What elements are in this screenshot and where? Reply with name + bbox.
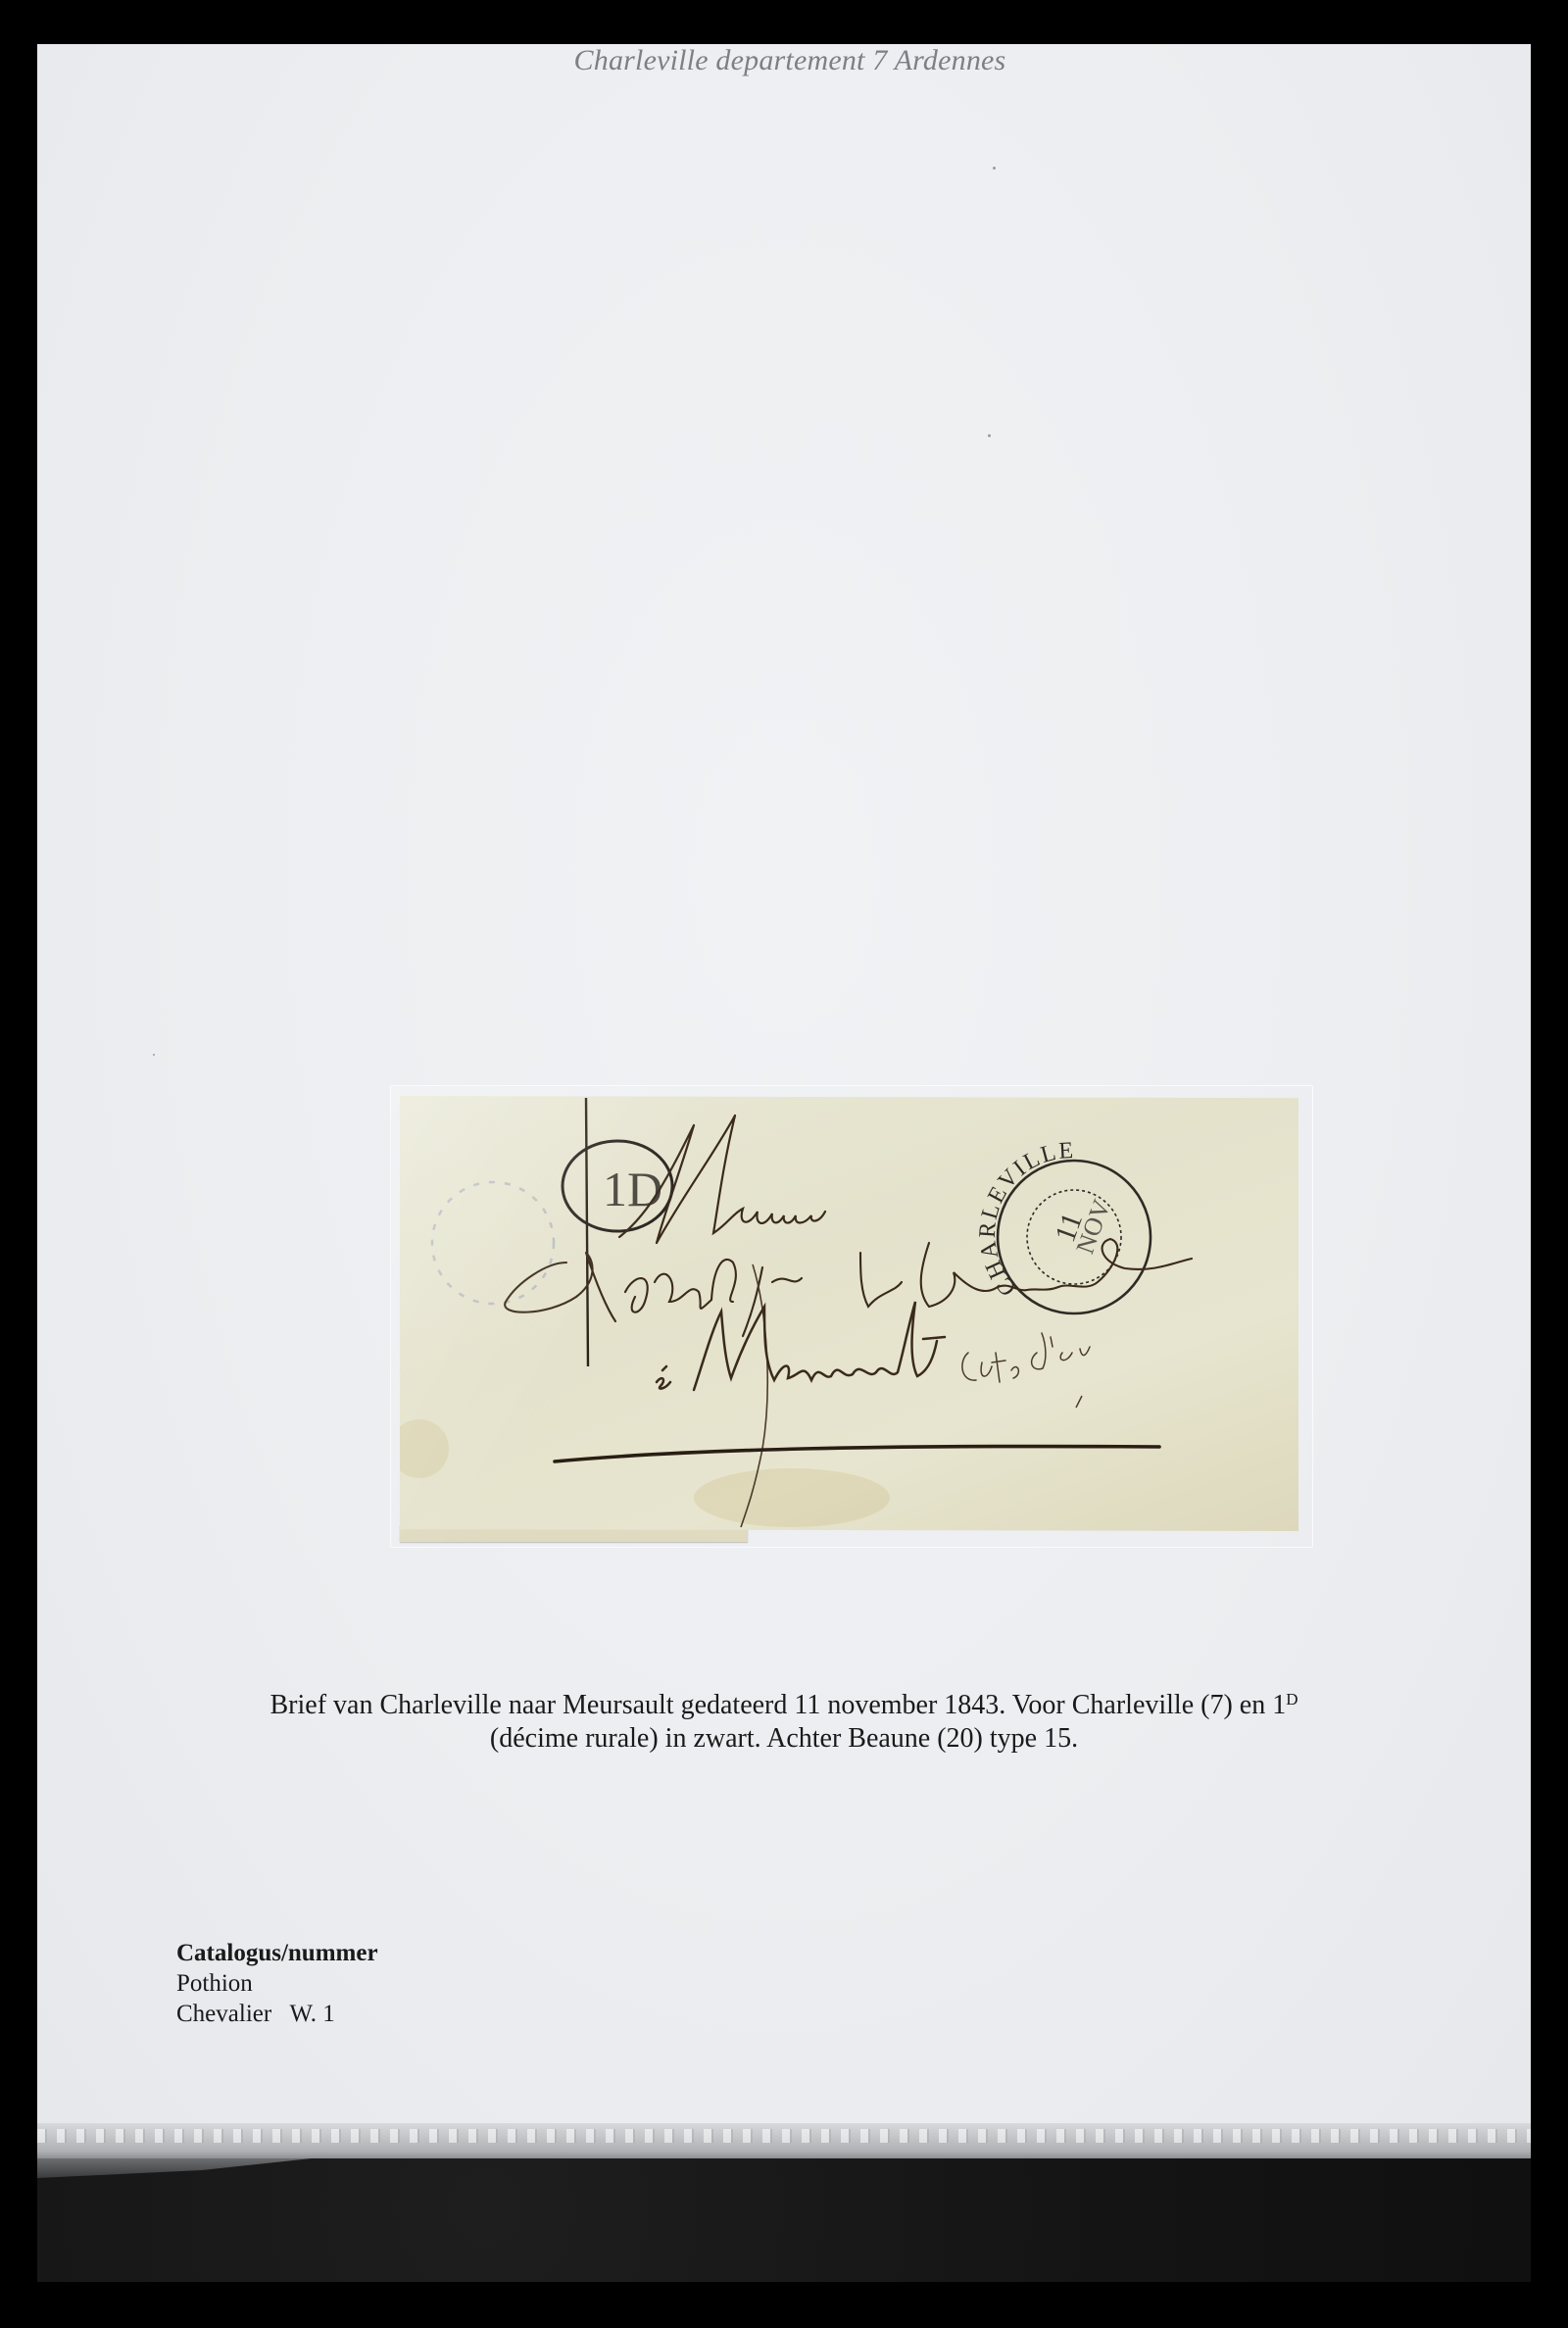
album-page: Charleville departement 7 Ardennes 1D CH… <box>37 44 1531 2125</box>
catalog-heading: Catalogus/nummer <box>176 1938 378 1968</box>
caption-line-2: (décime rurale) in zwart. Achter Beaune … <box>37 1722 1531 1756</box>
cover-handwriting: 1D CHARLEVILLE 11 NOV <box>400 1096 1298 1531</box>
rural-mark-text: 1D <box>603 1162 662 1216</box>
catalog-entry: Chevalier W. 1 <box>176 1999 378 2029</box>
page-header-title: Charleville departement 7 Ardennes <box>49 44 1531 77</box>
dust-speck <box>153 1054 155 1056</box>
svg-text:NOV: NOV <box>1070 1196 1116 1258</box>
sheet-pocket-strip <box>37 2123 1531 2158</box>
catalog-section: Catalogus/nummer Pothion Chevalier W. 1 <box>176 1938 378 2029</box>
pocket-perforations <box>37 2129 1531 2143</box>
background-felt <box>37 2158 1531 2282</box>
cover-description: Brief van Charleville naar Meursault ged… <box>37 1689 1531 1756</box>
catalog-entry: Pothion <box>176 1968 378 1999</box>
caption-line-1: Brief van Charleville naar Meursault ged… <box>37 1689 1531 1722</box>
charleville-postmark: CHARLEVILLE 11 NOV <box>975 1138 1151 1313</box>
dust-speck <box>988 434 991 437</box>
dust-speck <box>993 167 996 170</box>
